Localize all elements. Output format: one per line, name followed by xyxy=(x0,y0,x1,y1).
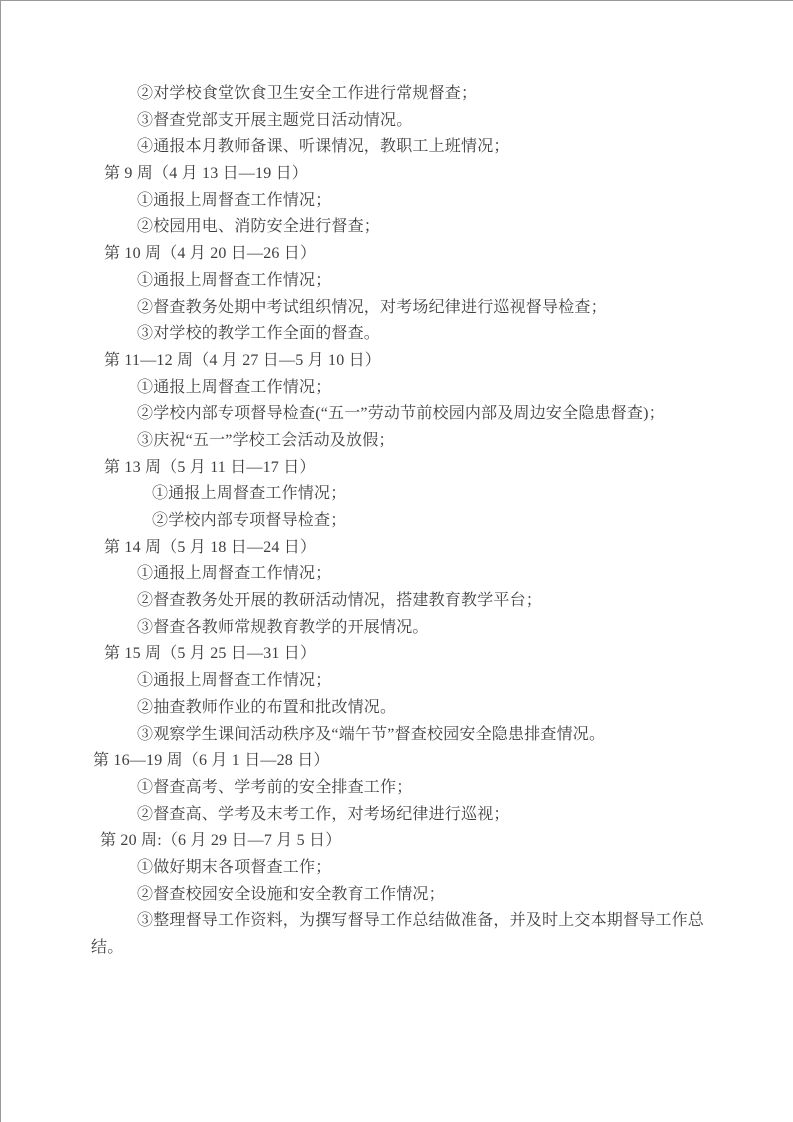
task-line: ②抽查教师作业的布置和批改情况。 xyxy=(91,695,731,722)
task-line: ①督查高考、学考前的安全排查工作； xyxy=(91,775,731,802)
task-line: ①通报上周督查工作情况； xyxy=(91,561,731,588)
week-header-14: 第 14 周（5 月 18 日—24 日） xyxy=(91,535,731,562)
task-line: ②学校内部专项督导检查(“五一”劳动节前校园内部及周边安全隐患督查)； xyxy=(91,401,731,428)
week-header-20: 第 20 周:（6 月 29 日—7 月 5 日） xyxy=(91,828,731,855)
task-line: ③对学校的教学工作全面的督查。 xyxy=(91,321,731,348)
week-header-10: 第 10 周（4 月 20 日—26 日） xyxy=(91,241,731,268)
task-line: ①通报上周督查工作情况； xyxy=(91,268,731,295)
task-line: ②督查高、学考及末考工作，对考场纪律进行巡视； xyxy=(91,802,731,829)
task-line: ①做好期末各项督查工作； xyxy=(91,855,731,882)
task-line: ②校园用电、消防安全进行督查； xyxy=(91,214,731,241)
task-line: ②督查教务处期中考试组织情况，对考场纪律进行巡视督导检查； xyxy=(91,295,731,322)
task-line: ①通报上周督查工作情况； xyxy=(91,375,731,402)
task-line: ③整理督导工作资料，为撰写督导工作总结做准备，并及时上交本期督导工作总 xyxy=(91,908,731,935)
task-line: ②对学校食堂饮食卫生安全工作进行常规督查； xyxy=(91,81,731,108)
task-line: ②督查教务处开展的教研活动情况，搭建教育教学平台； xyxy=(91,588,731,615)
task-line: ①通报上周督查工作情况； xyxy=(91,481,731,508)
week-header-15: 第 15 周（5 月 25 日—31 日） xyxy=(91,641,731,668)
task-line: ④通报本月教师备课、听课情况，教职工上班情况； xyxy=(91,134,731,161)
task-line: ①通报上周督查工作情况； xyxy=(91,188,731,215)
document-text-block: ②对学校食堂饮食卫生安全工作进行常规督查； ③督查党部支开展主题党日活动情况。 … xyxy=(91,81,731,962)
task-line: ①通报上周督查工作情况； xyxy=(91,668,731,695)
document-page: ②对学校食堂饮食卫生安全工作进行常规督查； ③督查党部支开展主题党日活动情况。 … xyxy=(0,0,793,1122)
week-header-11-12: 第 11—12 周（4 月 27 日—5 月 10 日） xyxy=(91,348,731,375)
week-header-16-19: 第 16—19 周（6 月 1 日—28 日） xyxy=(91,748,731,775)
task-line: ③督查党部支开展主题党日活动情况。 xyxy=(91,108,731,135)
task-line: ③观察学生课间活动秩序及“端午节”督查校园安全隐患排查情况。 xyxy=(91,722,731,749)
wrap-continuation-line: 结。 xyxy=(91,935,731,962)
task-line: ②学校内部专项督导检查； xyxy=(91,508,731,535)
task-line: ③督查各教师常规教育教学的开展情况。 xyxy=(91,615,731,642)
week-header-9: 第 9 周（4 月 13 日—19 日） xyxy=(91,161,731,188)
task-line: ②督查校园安全设施和安全教育工作情况； xyxy=(91,882,731,909)
week-header-13: 第 13 周（5 月 11 日—17 日） xyxy=(91,455,731,482)
task-line: ③庆祝“五一”学校工会活动及放假； xyxy=(91,428,731,455)
